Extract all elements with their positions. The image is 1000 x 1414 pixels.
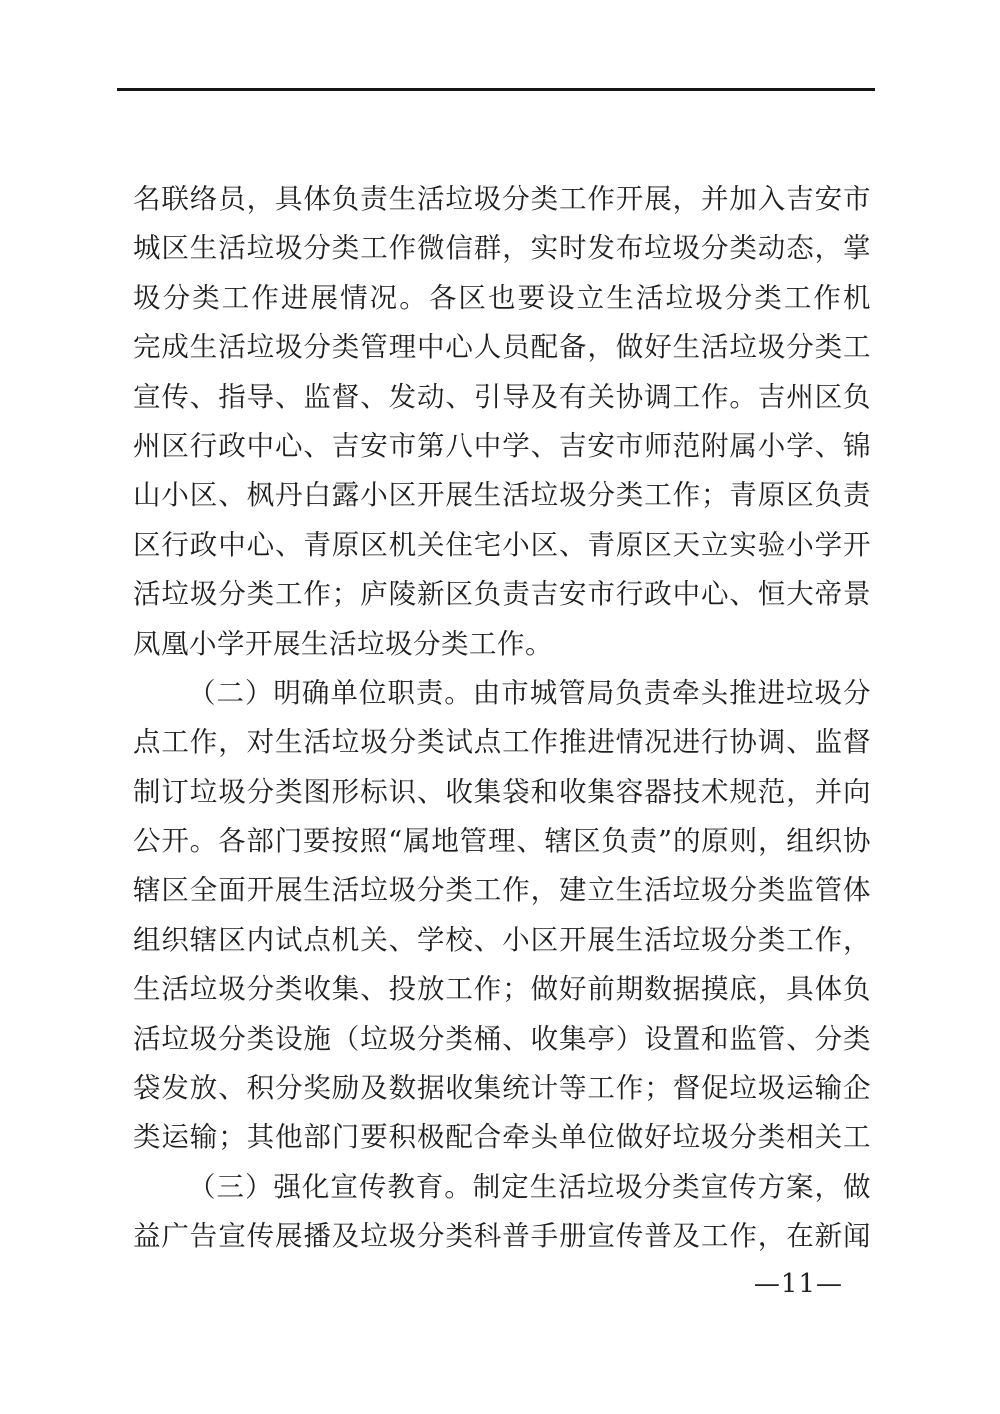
text-line: 区行政中心、青原区机关住宅小区、青原区天立实验小学开展生: [133, 521, 871, 570]
document-body: 名联络员，具体负责生活垃圾分类工作开展，并加入吉安市中心 城区生活垃圾分类工作微…: [133, 175, 871, 1262]
header-rule: [117, 88, 875, 91]
text-line: 活垃圾分类工作；庐陵新区负责吉安市行政中心、恒大帝景小区、: [133, 570, 871, 619]
text-line: 名联络员，具体负责生活垃圾分类工作开展，并加入吉安市中心: [133, 175, 871, 224]
text-line: 宣传、指导、监督、发动、引导及有关协调工作。吉州区负责吉: [133, 373, 871, 422]
text-line: 州区行政中心、吉安市第八中学、吉安市师范附属小学、锦绣文: [133, 422, 871, 471]
text-line: 益广告宣传展播及垃圾分类科普手册宣传普及工作，在新闻媒体: [133, 1212, 871, 1261]
text-line: 制订垃圾分类图形标识、收集袋和收集容器技术规范，并向社会: [133, 768, 871, 817]
page-number: —11—: [754, 1266, 843, 1302]
text-line: 城区生活垃圾分类工作微信群，实时发布垃圾分类动态，掌握垃: [133, 224, 871, 273]
text-line: 山小区、枫丹白露小区开展生活垃圾分类工作；青原区负责青原: [133, 471, 871, 520]
text-line: 组织辖区内试点机关、学校、小区开展生活垃圾分类工作，落实: [133, 916, 871, 965]
document-page: 名联络员，具体负责生活垃圾分类工作开展，并加入吉安市中心 城区生活垃圾分类工作微…: [0, 0, 1000, 1414]
text-line: 完成生活垃圾分类管理中心人员配备，做好生活垃圾分类工作的: [133, 323, 871, 372]
text-line-paragraph-end: 凤凰小学开展生活垃圾分类工作。: [133, 620, 871, 669]
text-line: 活垃圾分类设施（垃圾分类桶、收集亭）设置和监管、分类垃圾: [133, 1015, 871, 1064]
text-line-paragraph-start: （三）强化宣传教育。制定生活垃圾分类宣传方案，做好公: [133, 1163, 871, 1212]
text-line: 公开。各部门要按照“属地管理、辖区负责”的原则，组织协调: [133, 817, 871, 866]
text-line: 袋发放、积分奖励及数据收集统计等工作；督促垃圾运输企业分: [133, 1064, 871, 1113]
text-line: 生活垃圾分类收集、投放工作；做好前期数据摸底，具体负责生: [133, 965, 871, 1014]
text-line: 圾分类工作进展情况。各区也要设立生活垃圾分类工作机构，并: [133, 274, 871, 323]
text-line: 点工作，对生活垃圾分类试点工作推进情况进行协调、监督检查；: [133, 718, 871, 767]
text-line: 类运输；其他部门要积极配合牵头单位做好垃圾分类相关工作。: [133, 1113, 871, 1162]
text-line: 辖区全面开展生活垃圾分类工作，建立生活垃圾分类监管体系。: [133, 866, 871, 915]
text-line-paragraph-start: （二）明确单位职责。由市城管局负责牵头推进垃圾分类试: [133, 669, 871, 718]
